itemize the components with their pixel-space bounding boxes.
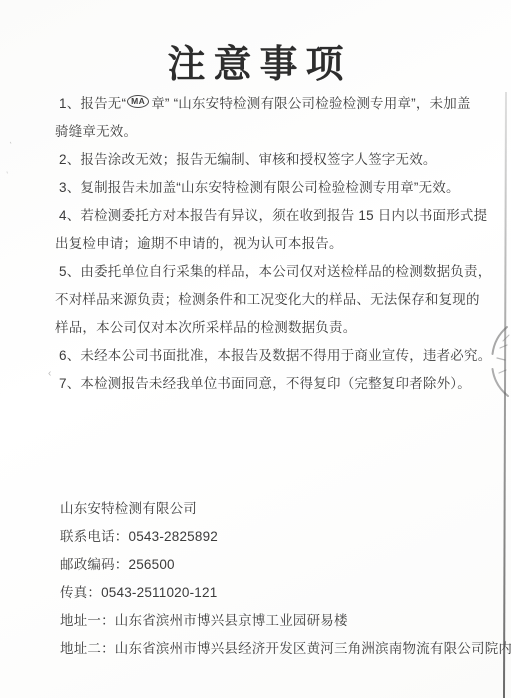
notice-line: 1、报告无“MA章” “山东安特检测有限公司检验检测专用章”，未加盖: [55, 88, 471, 116]
notice-line: 6、未经本公司书面批准，本报告及数据不得用于商业宣传，违者必究。: [55, 340, 471, 368]
scan-speck: ʼ: [9, 141, 15, 150]
notice-line-text: 章” “山东安特检测有限公司检验检测专用章”，未加盖: [151, 92, 470, 112]
postal-line: 邮政编码：256500: [60, 549, 497, 577]
notice-list: 1、报告无“MA章” “山东安特检测有限公司检验检测专用章”，未加盖 骑缝章无效…: [55, 88, 471, 396]
cma-mark-icon: MA: [127, 95, 149, 108]
notice-line: 不对样品来源负责；检测条件和工况变化大的样品、无法保存和复现的: [55, 284, 471, 312]
phone-line: 联系电话：0543-2825892: [60, 521, 497, 549]
notice-line: 骑缝章无效。: [55, 116, 471, 144]
notice-line: 4、若检测委托方对本报告有异议，须在收到报告 15 日内以书面形式提: [55, 200, 471, 228]
scanned-report-notice-page: 注意事项 1、报告无“MA章” “山东安特检测有限公司检验检测专用章”，未加盖 …: [0, 0, 511, 698]
notice-line: 2、报告涂改无效；报告无编制、审核和授权签字人签字无效。: [55, 144, 471, 172]
address1-line: 地址一：山东省滨州市博兴县京博工业园研易楼: [60, 605, 497, 633]
address2-line: 地址二：山东省滨州市博兴县经济开发区黄河三角洲滨南物流有限公司院内: [60, 633, 497, 661]
notice-line-text: 1、报告无“: [59, 92, 126, 112]
fax-line: 传真：0543-2511020-121: [60, 577, 497, 605]
notice-line: 3、复制报告未加盖“山东安特检测有限公司检验检测专用章”无效。: [55, 172, 471, 200]
contact-block: 山东安特检测有限公司 联系电话：0543-2825892 邮政编码：256500…: [60, 493, 497, 661]
page-title: 注意事项: [0, 33, 511, 88]
notice-line: 出复检申请；逾期不申请的，视为认可本报告。: [55, 228, 471, 256]
notice-line: 样品，本公司仅对本次所采样品的检测数据负责。: [55, 312, 471, 340]
scan-speck: ʼ: [6, 171, 10, 180]
partial-stamp-arc: [486, 316, 511, 406]
scan-speck: ‹: [48, 369, 51, 379]
company-name: 山东安特检测有限公司: [60, 493, 497, 521]
notice-line: 7、本检测报告未经我单位书面同意，不得复印（完整复印者除外）。: [55, 368, 471, 396]
notice-line: 5、由委托单位自行采集的样品，本公司仅对送检样品的检测数据负责，: [55, 256, 471, 284]
